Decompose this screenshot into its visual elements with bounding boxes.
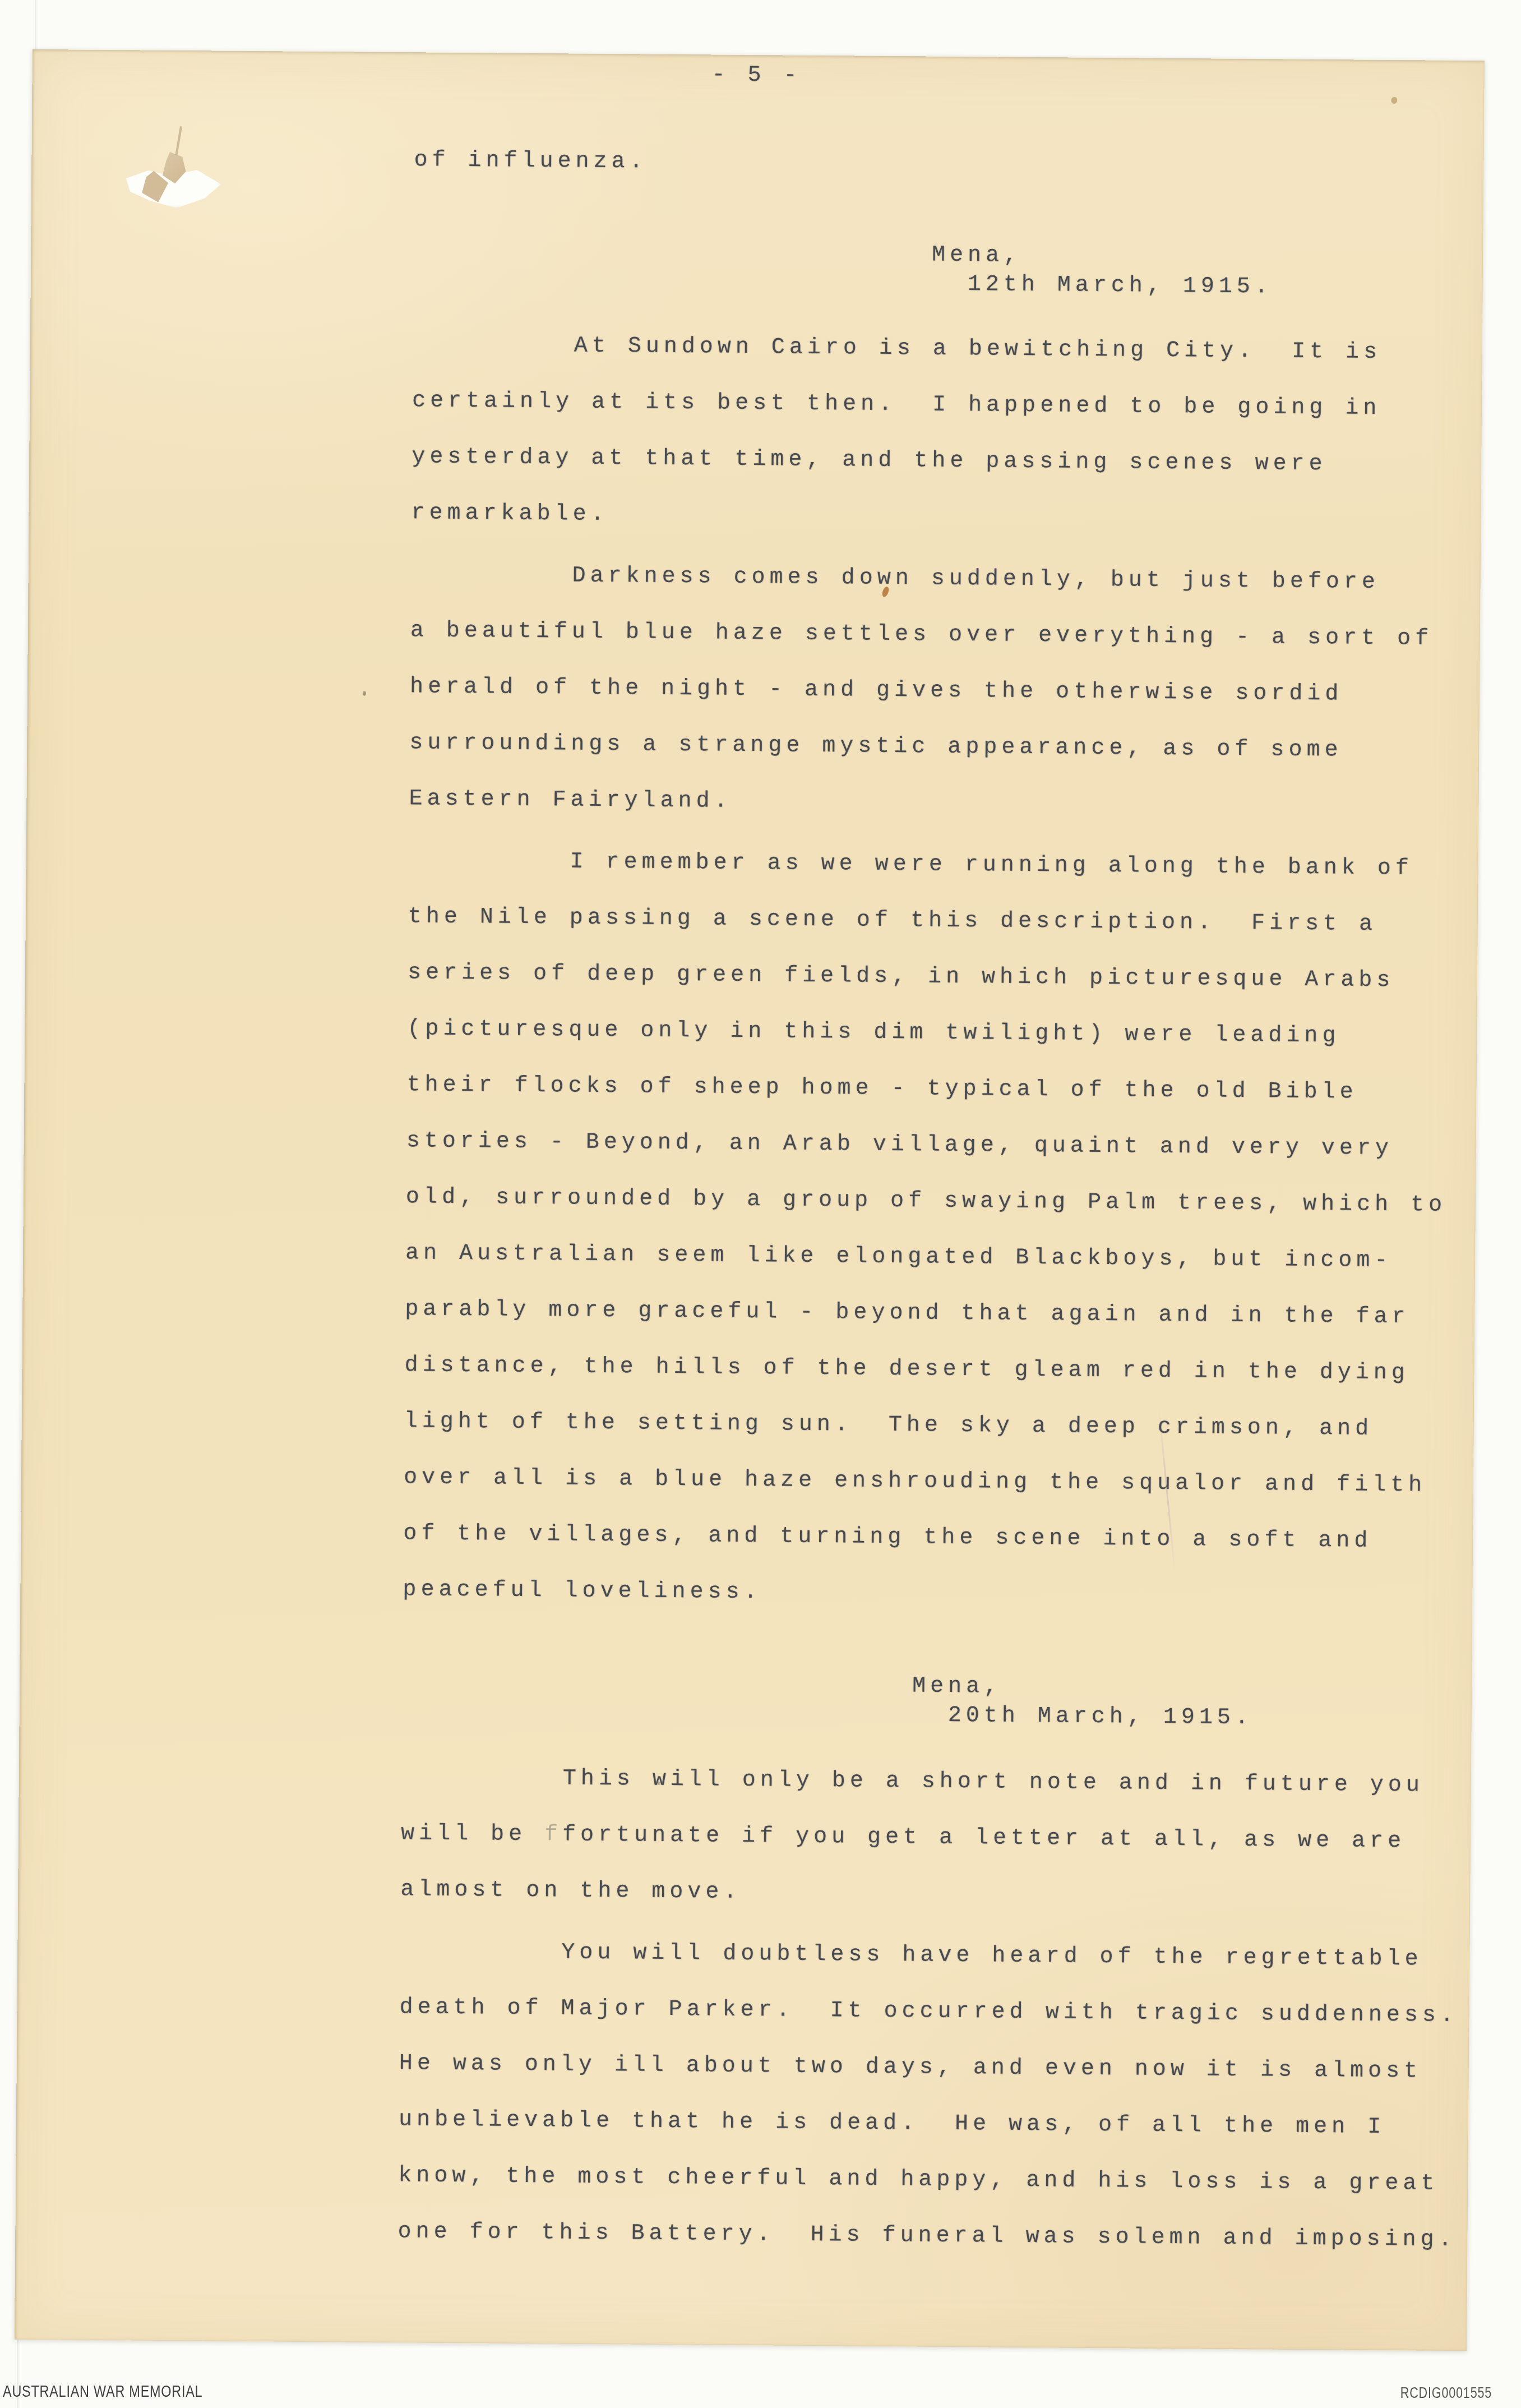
paper-speck: [1391, 97, 1397, 104]
dateline-date: 20th March, 1915.: [912, 1703, 1252, 1735]
typed-line: an Australian seem like elongated Blackb…: [405, 1239, 1446, 1304]
typed-line: a beautiful blue haze settles over every…: [410, 617, 1433, 681]
typed-line: stories - Beyond, an Arab village, quain…: [406, 1127, 1447, 1192]
typed-line: (picturesque only in this dim twilight) …: [407, 1015, 1448, 1080]
typed-line: parably more graceful - beyond that agai…: [405, 1295, 1446, 1360]
typed-line: light of the setting sun. The sky a deep…: [404, 1408, 1445, 1472]
paper-speck: [363, 691, 366, 696]
typed-line: series of deep green fields, in which pi…: [407, 959, 1448, 1023]
paragraph: You will doubtless have heard of the reg…: [397, 1938, 1459, 2282]
paper-tear-hole: [120, 141, 221, 208]
dateline-mena-12-march: Mena,12th March, 1915.: [932, 243, 1273, 304]
letter-page: - 5 - of influenza. Mena,12th March, 191…: [15, 49, 1485, 2351]
dateline-date: 12th March, 1915.: [932, 272, 1273, 304]
typed-line: surroundings a strange mystic appearance…: [409, 729, 1432, 793]
typed-line: certainly at its best then. I happened t…: [412, 387, 1381, 451]
footer-record-id: RCDIG0001555: [1400, 2384, 1492, 2402]
typed-line: peaceful loveliness.: [403, 1576, 1444, 1640]
typed-line: At Sundown Cairo is a bewitching City. I…: [412, 331, 1381, 395]
page-number: - 5 -: [711, 63, 801, 89]
typed-line: remarkable.: [411, 499, 1380, 563]
dateline-place: Mena,: [912, 1673, 1253, 1705]
typed-line: herald of the night - and gives the othe…: [409, 673, 1432, 737]
typed-line: You will doubtless have heard of the reg…: [400, 1938, 1459, 2002]
footer-institution-label: AUSTRALIAN WAR MEMORIAL: [3, 2382, 202, 2401]
typed-line: I remember as we were running along the …: [408, 847, 1449, 911]
paragraph: At Sundown Cairo is a bewitching City. I…: [411, 331, 1381, 563]
ghost-strike-mark: .: [652, 1766, 671, 1822]
typed-line: the Nile passing a scene of this descrip…: [408, 903, 1449, 967]
typed-line: Eastern Fairyland.: [409, 785, 1432, 849]
typed-line: know, the most cheerful and happy, and h…: [398, 2162, 1457, 2226]
typed-line: almost on the move.: [400, 1876, 1423, 1940]
dateline-mena-20-march: Mena,20th March, 1915.: [912, 1673, 1253, 1735]
continuation-line: of influenza.: [414, 147, 647, 174]
typed-line: distance, the hills of the desert gleam …: [404, 1351, 1445, 1416]
paragraph: Darkness comes down suddenly, but just b…: [409, 561, 1434, 849]
typed-line: This will only be a short note and in fu…: [401, 1764, 1424, 1828]
typed-line: death of Major Parker. It occurred with …: [399, 1994, 1458, 2058]
typed-line: old, surrounded by a group of swaying Pa…: [405, 1183, 1446, 1248]
typed-line: one for this Battery. His funeral was so…: [397, 2218, 1457, 2282]
typed-line: Darkness comes down suddenly, but just b…: [410, 561, 1434, 625]
typed-line: unbelievable that he is dead. He was, of…: [398, 2106, 1457, 2170]
typed-line: He was only ill about two days, and even…: [399, 2050, 1458, 2114]
typed-line: yesterday at that time, and the passing …: [412, 443, 1381, 507]
tear-crack: [175, 126, 182, 155]
scan-edge-artifact-top: [35, 0, 36, 53]
paragraph: I remember as we were running along the …: [403, 847, 1449, 1640]
ghost-strike-mark: f: [544, 1821, 562, 1877]
typed-line: of the villages, and turning the scene i…: [403, 1520, 1444, 1584]
typed-line: over all is a blue haze enshrouding the …: [403, 1464, 1444, 1528]
scanned-letter-page: { "document": { "page_number": "- 5 -", …: [0, 0, 1521, 2408]
dateline-place: Mena,: [932, 243, 1273, 275]
typed-line: their flocks of sheep home - typical of …: [406, 1071, 1448, 1136]
